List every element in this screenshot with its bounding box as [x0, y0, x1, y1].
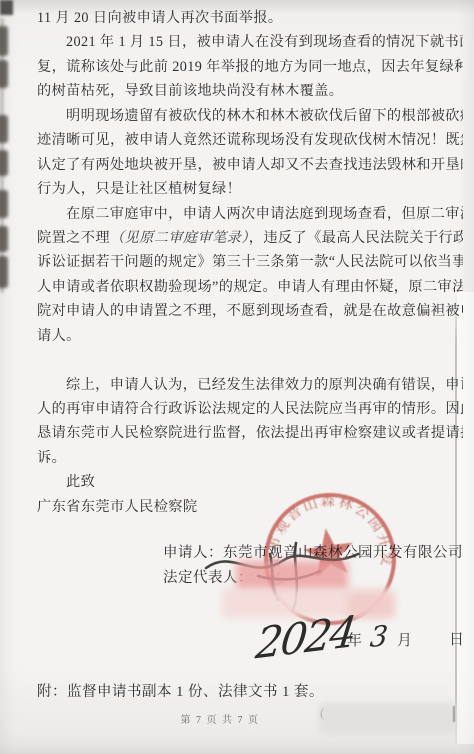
body-line: 行为人，只是让社区植树复绿！ [37, 177, 463, 201]
scan-artifact [0, 26, 8, 56]
body-line: 恳请东莞市人民检察院进行监督，依法提出再审检察建议或者提请抗 [37, 421, 463, 445]
body-line: 院置之不理（见原二审庭审笔录），违反了《最高人民法院关于行政 [37, 226, 463, 250]
date-month-unit: 月 [397, 629, 412, 650]
scan-artifact [0, 0, 13, 15]
body-line: 请人。 [37, 324, 463, 348]
watermark-blur [318, 703, 456, 735]
body-line: 此致 [37, 470, 463, 494]
body-line: 迹清晰可见，被申请人竟然还谎称现场没有发现砍伐树木情况！既然 [37, 128, 463, 152]
body-line: 复，谎称该处与此前 2019 年举报的地方为同一地点，因去年复绿种植 [37, 55, 463, 79]
body-line: 认定了有两处地块被开垦，被申请人却又不去查找违法毁林和开垦的 [37, 153, 463, 177]
body-line: 在原二审庭审中，申请人两次申请法庭到现场查看，但原二审法 [37, 202, 463, 226]
body-line [37, 348, 463, 372]
scan-artifact [0, 256, 8, 288]
watermark-mark [453, 706, 455, 722]
date-day-unit: 日 [449, 628, 464, 649]
body-line: 明明现场遗留有被砍伐的林木和林木被砍伐后留下的根部被砍痕 [37, 104, 463, 128]
scan-artifact [0, 226, 8, 252]
scan-artifact [0, 190, 8, 218]
watermark-mark: ( [320, 705, 324, 721]
body-line: 诉。 [37, 446, 463, 470]
body-line: 诉讼证据若干问题的规定》第三十三条第一款“人民法院可以依当事 [37, 250, 463, 274]
scan-artifact [0, 115, 8, 143]
body-line: 院对申请人的申请置之不理，不愿到现场查看，就是在故意偏袒被申 [37, 299, 463, 323]
body-line: 综上，申请人认为，已经发生法律效力的原判决确有错误，申请 [37, 373, 463, 397]
body-line: 的树苗枯死，导致目前该地块尚没有林木覆盖。 [37, 79, 463, 103]
body-line: 人申请或者依职权勘验现场”的规定。申请人有理由怀疑，原二审法 [37, 275, 463, 299]
body-line: 人的再审申请符合行政诉讼法规定的人民法院应当再审的情形。因此， [37, 397, 463, 421]
body-line: 2021 年 1 月 15 日，被申请人在没有到现场查看的情况下就书面答 [37, 30, 463, 54]
body-line: 11 月 20 日向被申请人再次书面举报。 [37, 6, 463, 30]
date-year-unit: 年 [347, 629, 362, 650]
attachment-note: 附：监督申请书副本 1 份、法律文书 1 套。 [37, 680, 324, 701]
scanned-document-page: 11 月 20 日向被申请人再次书面举报。2021 年 1 月 15 日，被申请… [0, 0, 474, 754]
handwritten-month: 3 [369, 619, 390, 654]
scan-artifact [0, 150, 8, 176]
scan-artifact [0, 60, 8, 88]
page-number: 第 7 页 共 7 页 [150, 711, 290, 726]
document-body: 11 月 20 日向被申请人再次书面举报。2021 年 1 月 15 日，被申请… [37, 6, 463, 519]
